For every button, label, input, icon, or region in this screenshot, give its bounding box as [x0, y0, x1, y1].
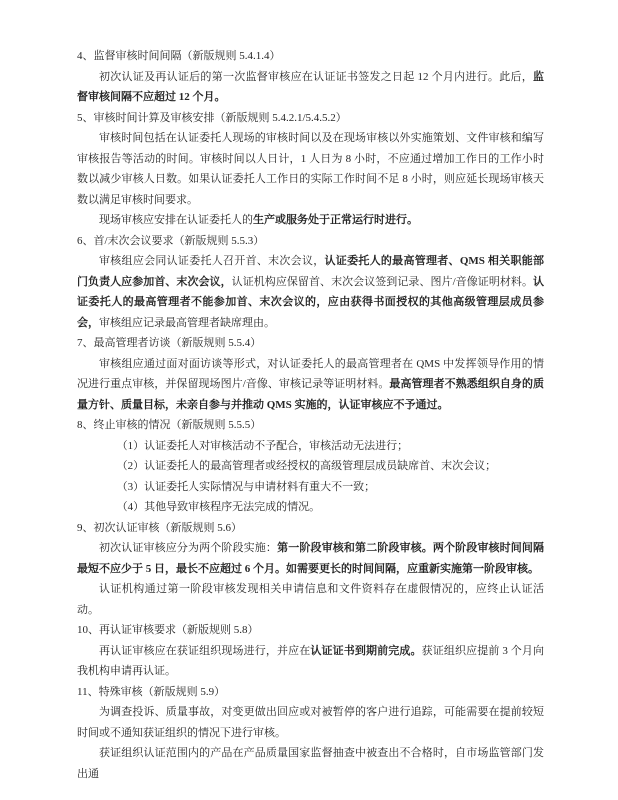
- heading-text: 8、终止审核的情况（新版规则 5.5.5）: [77, 419, 261, 431]
- paragraph: 再认证审核应在获证组织现场进行，并应在认证证书到期前完成。获证组织应提前 3 个…: [77, 641, 544, 682]
- list-item-3: （3）认证委托人实际情况与申请材料有重大不一致；: [77, 477, 544, 498]
- paragraph: 认证机构通过第一阶段审核发现相关申请信息和文件资料存在虚假情况的，应终止认证活动…: [77, 579, 544, 620]
- section-heading-6: 6、首/末次会议要求（新版规则 5.5.3）: [77, 231, 544, 252]
- paragraph-text: 审核组应会同认证委托人召开首、末次会议，: [99, 255, 325, 267]
- heading-text: 6、首/末次会议要求（新版规则 5.5.3）: [77, 235, 264, 247]
- paragraph-text-bold: 生产或服务处于正常运行时进行。: [253, 214, 418, 226]
- paragraph: 为调查投诉、质量事故，对变更做出回应或对被暂停的客户进行追踪，可能需要在提前较短…: [77, 702, 544, 743]
- paragraph: 初次认证及再认证后的第一次监督审核应在认证证书签发之日起 12 个月内进行。此后…: [77, 67, 544, 108]
- list-item-text: （2）认证委托人的最高管理者或经授权的高级管理层成员缺席首、末次会议；: [117, 460, 497, 472]
- paragraph-text: 为调查投诉、质量事故，对变更做出回应或对被暂停的客户进行追踪，可能需要在提前较短…: [77, 706, 544, 739]
- list-item-2: （2）认证委托人的最高管理者或经授权的高级管理层成员缺席首、末次会议；: [77, 456, 544, 477]
- paragraph: 审核组应会同认证委托人召开首、末次会议，认证委托人的最高管理者、QMS 相关职能…: [77, 251, 544, 333]
- section-heading-5: 5、审核时间计算及审核安排（新版规则 5.4.2.1/5.4.5.2）: [77, 108, 544, 129]
- paragraph-text: 认证机构应保留首、末次会议签到记录、图片/音像证明材料。: [232, 276, 533, 288]
- section-heading-8: 8、终止审核的情况（新版规则 5.5.5）: [77, 415, 544, 436]
- section-heading-11: 11、特殊审核（新版规则 5.9）: [77, 682, 544, 703]
- paragraph-text: 现场审核应安排在认证委托人的: [99, 214, 253, 226]
- paragraph-text: 初次认证及再认证后的第一次监督审核应在认证证书签发之日起 12 个月内进行。此后…: [99, 71, 533, 83]
- paragraph: 获证组织认证范围内的产品在产品质量国家监督抽查中被查出不合格时，自市场监管部门发…: [77, 743, 544, 784]
- paragraph: 审核时间包括在认证委托人现场的审核时间以及在现场审核以外实施策划、文件审核和编写…: [77, 128, 544, 210]
- paragraph-text: 认证机构通过第一阶段审核发现相关申请信息和文件资料存在虚假情况的，应终止认证活动…: [77, 583, 544, 616]
- heading-text: 9、初次认证审核（新版规则 5.6）: [77, 522, 242, 534]
- paragraph: 初次认证审核应分为两个阶段实施：第一阶段审核和第二阶段审核。两个阶段审核时间间隔…: [77, 538, 544, 579]
- list-item-4: （4）其他导致审核程序无法完成的情况。: [77, 497, 544, 518]
- heading-text: 5、审核时间计算及审核安排（新版规则 5.4.2.1/5.4.5.2）: [77, 112, 347, 124]
- heading-text: 10、再认证审核要求（新版规则 5.8）: [77, 624, 259, 636]
- heading-text: 7、最高管理者访谈（新版规则 5.5.4）: [77, 337, 261, 349]
- paragraph-text: 审核组应记录最高管理者缺席理由。: [99, 317, 275, 329]
- list-item-text: （4）其他导致审核程序无法完成的情况。: [117, 501, 321, 513]
- section-heading-7: 7、最高管理者访谈（新版规则 5.5.4）: [77, 333, 544, 354]
- heading-text: 4、监督审核时间间隔（新版规则 5.4.1.4）: [77, 50, 281, 62]
- section-heading-10: 10、再认证审核要求（新版规则 5.8）: [77, 620, 544, 641]
- list-item-text: （1）认证委托人对审核活动不予配合，审核活动无法进行；: [117, 440, 409, 452]
- list-item-1: （1）认证委托人对审核活动不予配合，审核活动无法进行；: [77, 436, 544, 457]
- paragraph-text: 再认证审核应在获证组织现场进行，并应在: [99, 645, 310, 657]
- paragraph-text-bold: 认证证书到期前完成。: [310, 645, 421, 657]
- paragraph-text: 获证组织认证范围内的产品在产品质量国家监督抽查中被查出不合格时，自市场监管部门发…: [77, 747, 544, 780]
- paragraph-text: 审核时间包括在认证委托人现场的审核时间以及在现场审核以外实施策划、文件审核和编写…: [77, 132, 544, 206]
- section-heading-9: 9、初次认证审核（新版规则 5.6）: [77, 518, 544, 539]
- paragraph-text: 初次认证审核应分为两个阶段实施：: [99, 542, 277, 554]
- list-item-text: （3）认证委托人实际情况与申请材料有重大不一致；: [117, 481, 376, 493]
- document-page: 4、监督审核时间间隔（新版规则 5.4.1.4） 初次认证及再认证后的第一次监督…: [0, 0, 618, 800]
- paragraph: 现场审核应安排在认证委托人的生产或服务处于正常运行时进行。: [77, 210, 544, 231]
- section-heading-4: 4、监督审核时间间隔（新版规则 5.4.1.4）: [77, 46, 544, 67]
- heading-text: 11、特殊审核（新版规则 5.9）: [77, 686, 225, 698]
- paragraph: 审核组应通过面对面访谈等形式，对认证委托人的最高管理者在 QMS 中发挥领导作用…: [77, 354, 544, 416]
